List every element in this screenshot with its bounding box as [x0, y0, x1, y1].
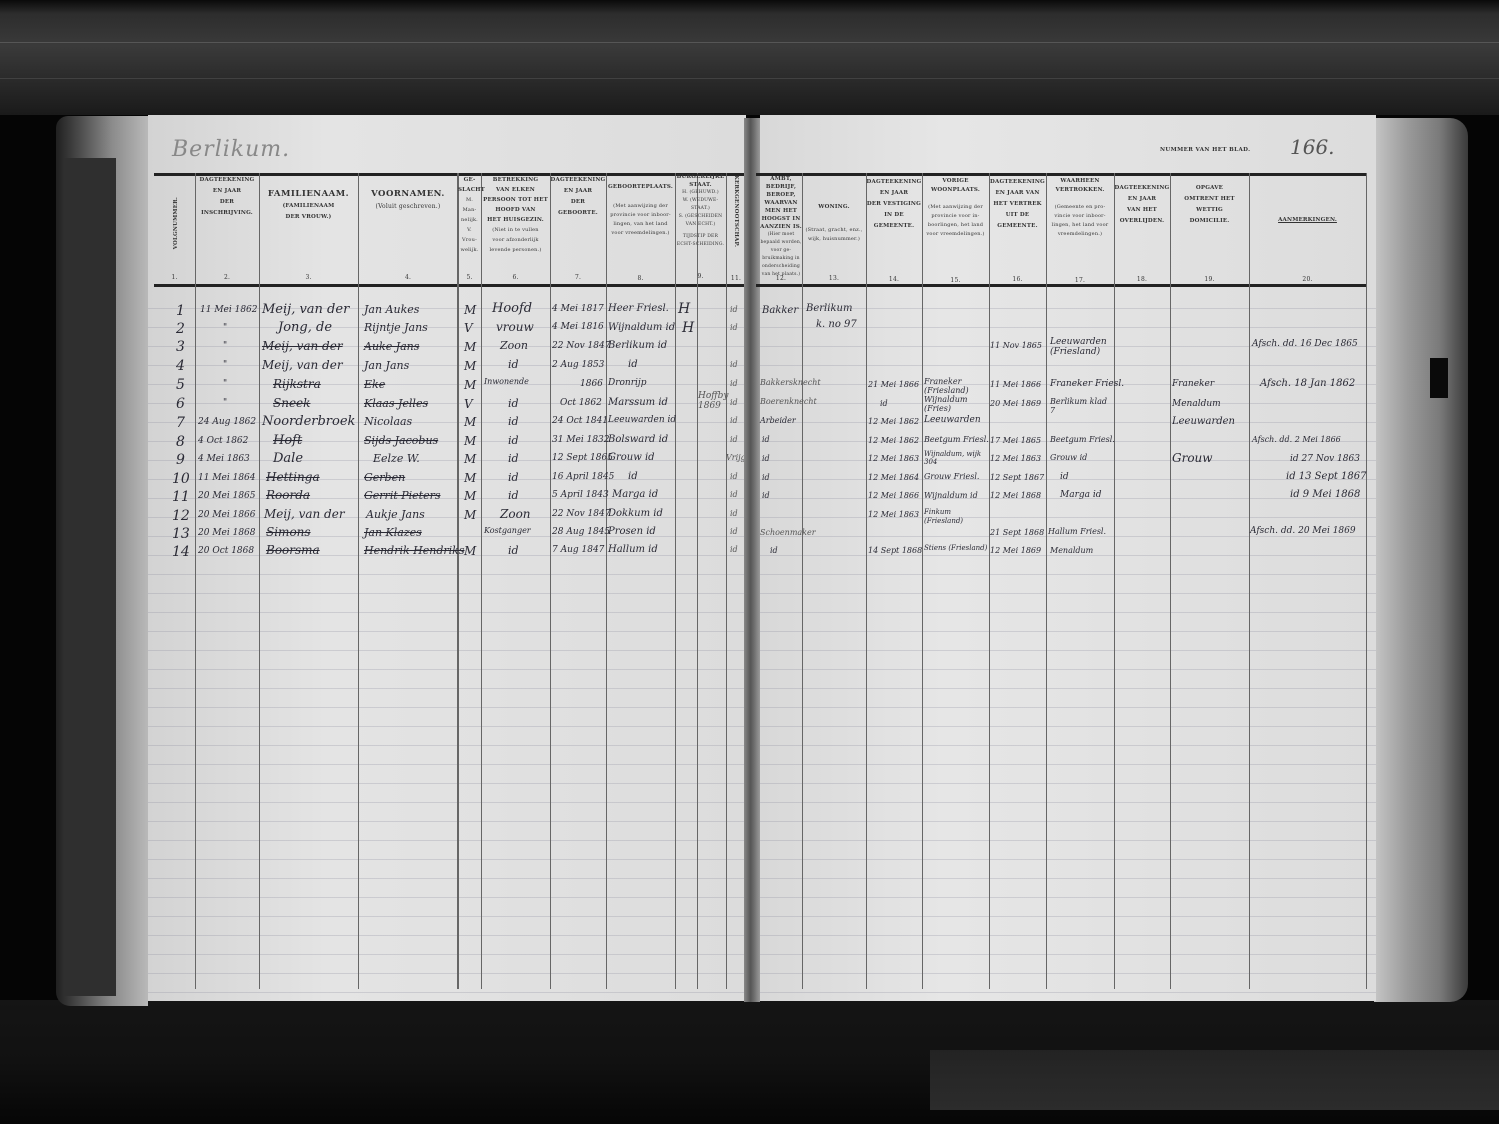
column-header-geslacht: GE-SLACHT M. Man- nelijk. V. Vrou- welij…: [458, 175, 481, 285]
column-title: OPGAVE: [1170, 183, 1249, 194]
column-subtitle: VAN ELKEN: [481, 185, 550, 195]
column-title: GEBOORTEPLAATS.: [606, 183, 675, 192]
birthplace: Berlikum id: [608, 340, 667, 351]
column-subtitle: M.: [458, 195, 481, 205]
column-title: WAARHEEN VERTROKKEN.: [1046, 177, 1114, 195]
scan-glare: [930, 1050, 1499, 1110]
column-header-familienaam: FAMILIENAAM. (FAMILIENAAM DER VROUW.) 3.: [259, 187, 358, 297]
column-subtitle: welijk.: [458, 245, 481, 255]
column-number: 6.: [481, 273, 550, 283]
inschrijving-date: 11 Mei 1864: [198, 473, 256, 483]
church: id: [730, 305, 738, 314]
column-subtitle: OVERLIJDEN.: [1114, 216, 1170, 227]
inschrijving-date: 20 Mei 1868: [198, 528, 256, 538]
row-number: 8: [176, 434, 185, 450]
given-names: Rijntje Jans: [364, 321, 428, 334]
column-subtitle: V.: [458, 225, 481, 235]
column-title: BURGERLIJKE STAAT.: [675, 173, 726, 189]
column-header-inschrijving: DAGTEEKENING EN JAAR DER INSCHRIJVING. 2…: [195, 175, 259, 285]
sex: M: [464, 340, 476, 354]
column-header-geboorte: DAGTEEKENING EN JAAR DER GEBOORTE. 7.: [550, 175, 606, 285]
column-subtitle: GEMEENTE.: [989, 221, 1046, 232]
column-number: 9.: [675, 273, 726, 281]
column-title: VORIGE WOONPLAATS.: [922, 177, 989, 195]
settlement-date: 12 Mei 1863: [868, 454, 919, 463]
column-number: 14.: [866, 274, 922, 285]
birth-date: 5 April 1843: [552, 490, 609, 500]
surname: Noorderbroek: [262, 414, 355, 429]
departed-to: Beetgum Friesl.: [1050, 435, 1115, 444]
column-subtitle: W. (WEDUWE-STAAT.): [675, 197, 726, 213]
column-subtitle: voor vreemdelingen.): [606, 229, 675, 238]
column-subtitle: H. (GEHUWD.): [675, 189, 726, 197]
page-number-label: NUMMER VAN HET BLAD.: [1160, 147, 1250, 153]
occupation: id: [762, 454, 770, 463]
church: id: [730, 545, 738, 554]
column-subtitle: vincie voor inboor-: [1046, 212, 1114, 221]
departure-date: 12 Mei 1868: [990, 491, 1041, 500]
remarks: id 13 Sept 1867: [1286, 471, 1367, 482]
occupation: Arbeider: [760, 416, 796, 425]
column-title: KERKGENOOTSCHAP.: [732, 175, 740, 247]
column-divider: [922, 173, 923, 989]
relation-to-head: id: [508, 471, 519, 484]
column-header-geboorteplaats: GEBOORTEPLAATS. (Met aanwijzing der prov…: [606, 183, 675, 293]
remarks: Afsch. dd. 16 Dec 1865: [1252, 339, 1358, 349]
civil-state: H: [678, 301, 690, 317]
row-number: 4: [176, 358, 185, 374]
column-subtitle: (Gemeente en pro-: [1046, 203, 1114, 212]
column-title: WONING.: [802, 203, 866, 212]
birth-date: 28 Aug 1845: [552, 527, 610, 537]
sex: M: [464, 303, 476, 317]
occupation: id: [770, 546, 778, 555]
column-divider: [1046, 173, 1047, 989]
column-subtitle: PERSOON TOT HET: [481, 195, 550, 205]
relation-to-head: id: [508, 452, 519, 465]
column-number: 1.: [154, 272, 195, 283]
column-subtitle: (Met aanwijzing der: [922, 203, 989, 212]
surname: Simons: [266, 525, 311, 539]
column-number: 16.: [989, 274, 1046, 285]
column-number: 19.: [1170, 274, 1249, 285]
departure-date: 21 Sept 1868: [990, 528, 1044, 537]
row-number: 13: [172, 526, 190, 542]
birth-date: 16 April 1845: [552, 472, 614, 482]
column-divider: [697, 173, 698, 989]
birth-date: 31 Mei 1832: [552, 435, 610, 445]
settlement-date: 12 Mei 1862: [868, 436, 919, 445]
remarks: Afsch. dd. 20 Mei 1869: [1250, 526, 1356, 536]
column-subtitle: DOMICILIE.: [1170, 216, 1249, 227]
birth-date: Oct 1862: [560, 398, 602, 408]
column-header-voornamen: VOORNAMEN. (Voluit geschreven.) 4.: [358, 187, 458, 297]
row-number: 6: [176, 396, 185, 412]
birth-date: 4 Mei 1816: [552, 322, 604, 332]
relation-to-head: Zoon: [500, 507, 531, 521]
place-heading: Berlikum.: [172, 137, 290, 162]
column-header-domicilie: OPGAVE OMTRENT HET WETTIG DOMICILIE. 19.: [1170, 183, 1249, 293]
column-number: 20.: [1249, 274, 1366, 285]
departed-to: Hallum Friesl.: [1048, 527, 1106, 536]
column-title: VOLGNUMMER.: [171, 197, 182, 249]
given-names: Gerrit Pieters: [364, 489, 441, 502]
row-number: 2: [176, 321, 185, 337]
column-subtitle: VAN HET: [1114, 205, 1170, 216]
sex: M: [464, 378, 476, 392]
column-divider: [458, 173, 459, 989]
column-number: 8.: [606, 274, 675, 283]
birth-date: 12 Sept 1865: [552, 453, 613, 463]
given-names: Eelze W.: [373, 452, 420, 465]
inschrijving-date: 20 Mei 1865: [198, 491, 256, 501]
column-subtitle: EN JAAR: [195, 186, 259, 197]
surname: Meij, van der: [262, 339, 343, 353]
sex: M: [464, 471, 476, 485]
column-title: BETREKKING: [481, 175, 550, 185]
sex: V: [464, 321, 473, 335]
column-title: DAGTEEKENING: [989, 177, 1046, 188]
column-subtitle: GEMEENTE.: [866, 221, 922, 232]
scanner-background-bottom: [0, 1000, 1499, 1124]
column-divider: [1114, 173, 1115, 989]
column-subtitle: levende personen.): [481, 245, 550, 255]
surname: Meij, van der: [262, 358, 343, 372]
church: id: [730, 527, 738, 536]
register-page-left: Berlikum. VOLGNUMMER. 1. DAGTEEKENING EN…: [148, 115, 746, 1001]
church: id: [730, 472, 738, 481]
register-page-right: NUMMER VAN HET BLAD. 166. AMBT, BEDRIJF,…: [760, 115, 1376, 1001]
remarks: Afsch. dd. 2 Mei 1866: [1252, 435, 1341, 444]
remarks: id 9 Mei 1868: [1290, 489, 1360, 500]
column-subtitle: (Hier moet bepaald worden, voor ge-: [760, 231, 802, 255]
occupation: id: [762, 473, 770, 482]
page-number: 166.: [1290, 135, 1335, 159]
settlement-date: 21 Mei 1866: [868, 380, 919, 389]
birth-date: 1866: [580, 379, 603, 389]
column-subtitle: WETTIG: [1170, 205, 1249, 216]
birthplace: Prosen id: [608, 526, 656, 537]
given-names: Klaas Jelles: [364, 397, 428, 410]
column-subtitle: Man-: [458, 205, 481, 215]
departed-to: Grouw id: [1050, 453, 1087, 462]
church: id: [730, 490, 738, 499]
column-subtitle: provincie voor inboor-: [606, 211, 675, 220]
church: id: [730, 416, 738, 425]
surname: Meij, van der: [264, 507, 345, 521]
column-divider: [1366, 173, 1367, 989]
departure-date: 12 Mei 1869: [990, 546, 1041, 555]
column-subtitle: IN DE: [866, 210, 922, 221]
column-subtitle: nelijk.: [458, 215, 481, 225]
sex: M: [464, 434, 476, 448]
previous-residence: Franeker (Friesland): [924, 377, 990, 395]
scan-streak: [0, 42, 1499, 43]
column-header-waarheen: WAARHEEN VERTROKKEN. (Gemeente en pro- v…: [1046, 177, 1114, 287]
column-title: DAGTEEKENING: [195, 175, 259, 186]
column-subtitle: provincie voor in-: [922, 212, 989, 221]
given-names: Auke Jans: [364, 340, 419, 353]
relation-to-head: id: [508, 544, 519, 557]
civil-state: H: [682, 320, 694, 336]
row-number: 3: [176, 339, 185, 355]
birthplace: Dokkum id: [608, 508, 663, 519]
surname: Meij, van der: [262, 302, 349, 317]
row-number: 10: [172, 471, 190, 487]
column-number: 5.: [458, 273, 481, 283]
sex: M: [464, 452, 476, 466]
column-title: DAGTEEKENING: [550, 175, 606, 186]
departure-date: 20 Mei 1869: [990, 399, 1041, 408]
departed-to: Franeker Friesl.: [1050, 379, 1124, 389]
given-names: Sijds Jacobus: [364, 434, 438, 447]
departed-to: Berlikum klad 7: [1050, 397, 1114, 415]
column-subtitle: (Niet in te vullen: [481, 225, 550, 235]
column-subtitle: vreemdelingen.): [1046, 230, 1114, 239]
church: id: [730, 323, 738, 332]
previous-residence: Wijnaldum (Fries): [924, 395, 990, 413]
departure-date: 12 Sept 1867: [990, 473, 1044, 482]
birthplace: Dronrijp: [608, 378, 646, 388]
birth-date: 2 Aug 1853: [552, 360, 604, 370]
column-subtitle: onderscheiding: [760, 263, 802, 271]
column-number: 18.: [1114, 274, 1170, 285]
surname: Boorsma: [266, 543, 320, 557]
header-top-rule: [756, 173, 1366, 176]
previous-residence: Stiens (Friesland): [924, 544, 990, 553]
column-subtitle: (Met aanwijzing der: [606, 202, 675, 211]
surname: Roorda: [266, 488, 310, 502]
birthplace: Marssum id: [608, 397, 668, 408]
column-divider: [550, 173, 551, 989]
civil-state-note: Hoffby 1869: [698, 391, 728, 411]
column-divider: [675, 173, 676, 989]
domicile: Grouw: [1172, 451, 1213, 465]
birthplace: id: [628, 359, 638, 370]
column-subtitle: EN JAAR: [550, 186, 606, 197]
column-subtitle: EN JAAR: [866, 188, 922, 199]
column-divider: [866, 173, 867, 989]
column-divider: [989, 173, 990, 989]
column-subtitle: (Voluit geschreven.): [358, 201, 458, 212]
occupation: Schoenmaker: [760, 528, 816, 537]
column-header-vorige-woonplaats: VORIGE WOONPLAATS. (Met aanwijzing der p…: [922, 177, 989, 287]
column-number: 7.: [550, 272, 606, 283]
column-subtitle: DER: [195, 197, 259, 208]
previous-residence: Wijnaldum id: [924, 491, 978, 500]
relation-to-head: Kostganger: [484, 526, 531, 535]
surname: Dale: [273, 451, 303, 466]
column-divider: [195, 173, 196, 989]
address: k. no 97: [816, 319, 857, 330]
column-subtitle: EN JAAR VAN: [989, 188, 1046, 199]
sex: M: [464, 489, 476, 503]
settlement-date: 14 Sept 1868: [868, 546, 922, 555]
column-header-volgnummer: VOLGNUMMER. 1.: [154, 175, 195, 285]
column-divider: [606, 173, 607, 989]
domicile: Leeuwarden: [1172, 416, 1235, 427]
given-names: Jan Jans: [364, 359, 409, 372]
column-title: DAGTEEKENING: [866, 177, 922, 188]
sex: M: [464, 415, 476, 429]
relation-to-head: id: [508, 358, 519, 371]
inschrijving-date: 4 Mei 1863: [198, 454, 250, 464]
column-number: 11.: [726, 275, 746, 283]
given-names: Gerben: [364, 471, 405, 484]
column-header-burgerlijke-staat: BURGERLIJKE STAAT. H. (GEHUWD.) W. (WEDU…: [675, 173, 726, 283]
given-names: Jan Aukes: [364, 303, 419, 316]
column-number: 3.: [259, 272, 358, 283]
domicile: Franeker: [1172, 379, 1214, 389]
column-subtitle: HET HUISGEZIN.: [481, 215, 550, 225]
address: Berlikum: [806, 303, 852, 314]
given-names: Eke: [364, 378, 385, 391]
occupation: Bakkersknecht: [760, 378, 821, 387]
row-number: 5: [176, 377, 185, 393]
relation-to-head: vrouw: [496, 320, 534, 334]
inschrijving-date: 11 Mei 1862: [200, 305, 258, 315]
column-header-overlijden: DAGTEEKENING EN JAAR VAN HET OVERLIJDEN.…: [1114, 183, 1170, 293]
column-title: AMBT, BEDRIJF, BEROEP, WAARVAN MEN HET H…: [760, 175, 802, 231]
surname: Rijkstra: [273, 377, 321, 391]
birth-date: 7 Aug 1847: [552, 545, 604, 555]
sex: M: [464, 508, 476, 522]
book-cover-tab: [64, 158, 116, 996]
previous-residence: Finkum (Friesland): [924, 508, 990, 526]
birth-date: 24 Oct 1841: [552, 416, 608, 426]
settlement-date: 12 Mei 1866: [868, 491, 919, 500]
inschrijving-date: ": [223, 379, 227, 389]
column-subtitle: Vrou-: [458, 235, 481, 245]
column-header-vestiging: DAGTEEKENING EN JAAR DER VESTIGING IN DE…: [866, 177, 922, 287]
column-header-betrekking: BETREKKING VAN ELKEN PERSOON TOT HET HOO…: [481, 175, 550, 285]
departed-to: id: [1060, 472, 1069, 482]
column-subtitle: lingen, het land voor: [1046, 221, 1114, 230]
departed-to: Leeuwarden (Friesland): [1050, 337, 1114, 357]
column-divider: [1170, 173, 1171, 989]
column-divider: [481, 173, 482, 989]
inschrijving-date: 4 Oct 1862: [198, 436, 248, 446]
book-spine: [744, 118, 760, 1002]
book-clip: [1430, 358, 1448, 398]
departure-date: 11 Nov 1865: [990, 341, 1042, 350]
column-subtitle: voor vreemdelingen.): [922, 230, 989, 239]
birthplace: Heer Friesl.: [608, 303, 669, 314]
scanner-background-top: [0, 0, 1499, 115]
relation-to-head: Hoofd: [492, 301, 532, 316]
column-subtitle: DER VROUW.): [259, 212, 358, 223]
relation-to-head: id: [508, 489, 519, 502]
birthplace: id: [628, 471, 638, 482]
occupation: id: [762, 435, 770, 444]
birth-date: 22 Nov 1847: [552, 509, 610, 519]
book-page-stack-right: [1374, 118, 1468, 1002]
settlement-date: id: [880, 399, 888, 408]
previous-residence: Leeuwarden: [924, 415, 981, 425]
relation-to-head: Inwonende: [484, 377, 529, 386]
column-subtitle: (Straat, gracht, enz.,: [802, 226, 866, 235]
column-subtitle: EN JAAR: [1114, 194, 1170, 205]
relation-to-head: Zoon: [500, 339, 528, 352]
column-header-kerkgenootschap: KERKGENOOTSCHAP. 11.: [726, 175, 746, 285]
inschrijving-date: ": [223, 323, 227, 333]
sex: V: [464, 397, 473, 411]
inschrijving-date: ": [223, 341, 227, 351]
given-names: Nicolaas: [364, 415, 412, 428]
column-subtitle: HOOFD VAN: [481, 205, 550, 215]
column-subtitle: DER: [550, 197, 606, 208]
column-subtitle: HET VERTREK: [989, 199, 1046, 210]
occupation: Boerenknecht: [760, 397, 817, 406]
book-page-stack-left: [56, 116, 148, 1006]
settlement-date: 12 Mei 1862: [868, 417, 919, 426]
column-number: 12.: [760, 275, 802, 283]
column-subtitle: (FAMILIENAAM: [259, 201, 358, 212]
column-title: FAMILIENAAM.: [259, 187, 358, 201]
birthplace: Grouw id: [608, 452, 655, 463]
column-subtitle: voor afzonderlijk: [481, 235, 550, 245]
domicile: Menaldum: [1172, 399, 1221, 409]
column-number: 13.: [802, 274, 866, 283]
departed-to: Menaldum: [1050, 546, 1093, 555]
surname: Jong, de: [278, 320, 332, 335]
column-title: GE-SLACHT: [458, 175, 481, 195]
column-number: 4.: [358, 272, 458, 283]
column-header-vertrek: DAGTEEKENING EN JAAR VAN HET VERTREK UIT…: [989, 177, 1046, 287]
column-header-aanmerkingen: AANMERKINGEN. 20.: [1249, 215, 1366, 325]
inschrijving-date: 20 Oct 1868: [198, 546, 254, 556]
remarks: Afsch. 18 Jan 1862: [1260, 378, 1355, 389]
departed-to: Marga id: [1060, 490, 1102, 500]
church: id: [730, 360, 738, 369]
birthplace: Hallum id: [608, 544, 658, 555]
inschrijving-date: 20 Mei 1866: [198, 510, 256, 520]
given-names: Jan Klazes: [364, 526, 422, 539]
column-header-beroep: AMBT, BEDRIJF, BEROEP, WAARVAN MEN HET H…: [760, 175, 802, 285]
occupation: id: [762, 491, 770, 500]
relation-to-head: id: [508, 434, 519, 447]
row-number: 1: [176, 303, 185, 319]
church: id: [730, 398, 738, 407]
church: id: [730, 509, 738, 518]
departure-date: 17 Mei 1865: [990, 436, 1041, 445]
inschrijving-date: ": [223, 360, 227, 370]
row-number: 7: [176, 415, 185, 431]
birthplace: Wijnaldum id: [608, 322, 675, 333]
previous-residence: Beetgum Friesl.: [924, 435, 989, 444]
column-number: 15.: [922, 276, 989, 285]
column-subtitle: GEBOORTE.: [550, 208, 606, 219]
column-subtitle: bruikmaking in: [760, 255, 802, 263]
birthplace: Bolsward id: [608, 434, 668, 445]
column-subtitle: boorlingen, het land: [922, 221, 989, 230]
departure-date: 12 Mei 1863: [990, 454, 1041, 463]
settlement-date: 12 Mei 1864: [868, 473, 919, 482]
remarks: id 27 Nov 1863: [1290, 454, 1360, 464]
column-subtitle: lingen, van het land: [606, 220, 675, 229]
column-divider: [726, 173, 727, 989]
occupation: Bakker: [762, 305, 798, 316]
scan-streak: [0, 78, 1499, 79]
departure-date: 11 Mei 1866: [990, 380, 1041, 389]
sex: M: [464, 359, 476, 373]
surname: Hettinga: [266, 470, 320, 484]
column-title: VOORNAMEN.: [358, 187, 458, 201]
relation-to-head: id: [508, 397, 519, 410]
column-subtitle: OMTRENT HET: [1170, 194, 1249, 205]
column-number: 2.: [195, 272, 259, 283]
column-number: 17.: [1046, 276, 1114, 285]
